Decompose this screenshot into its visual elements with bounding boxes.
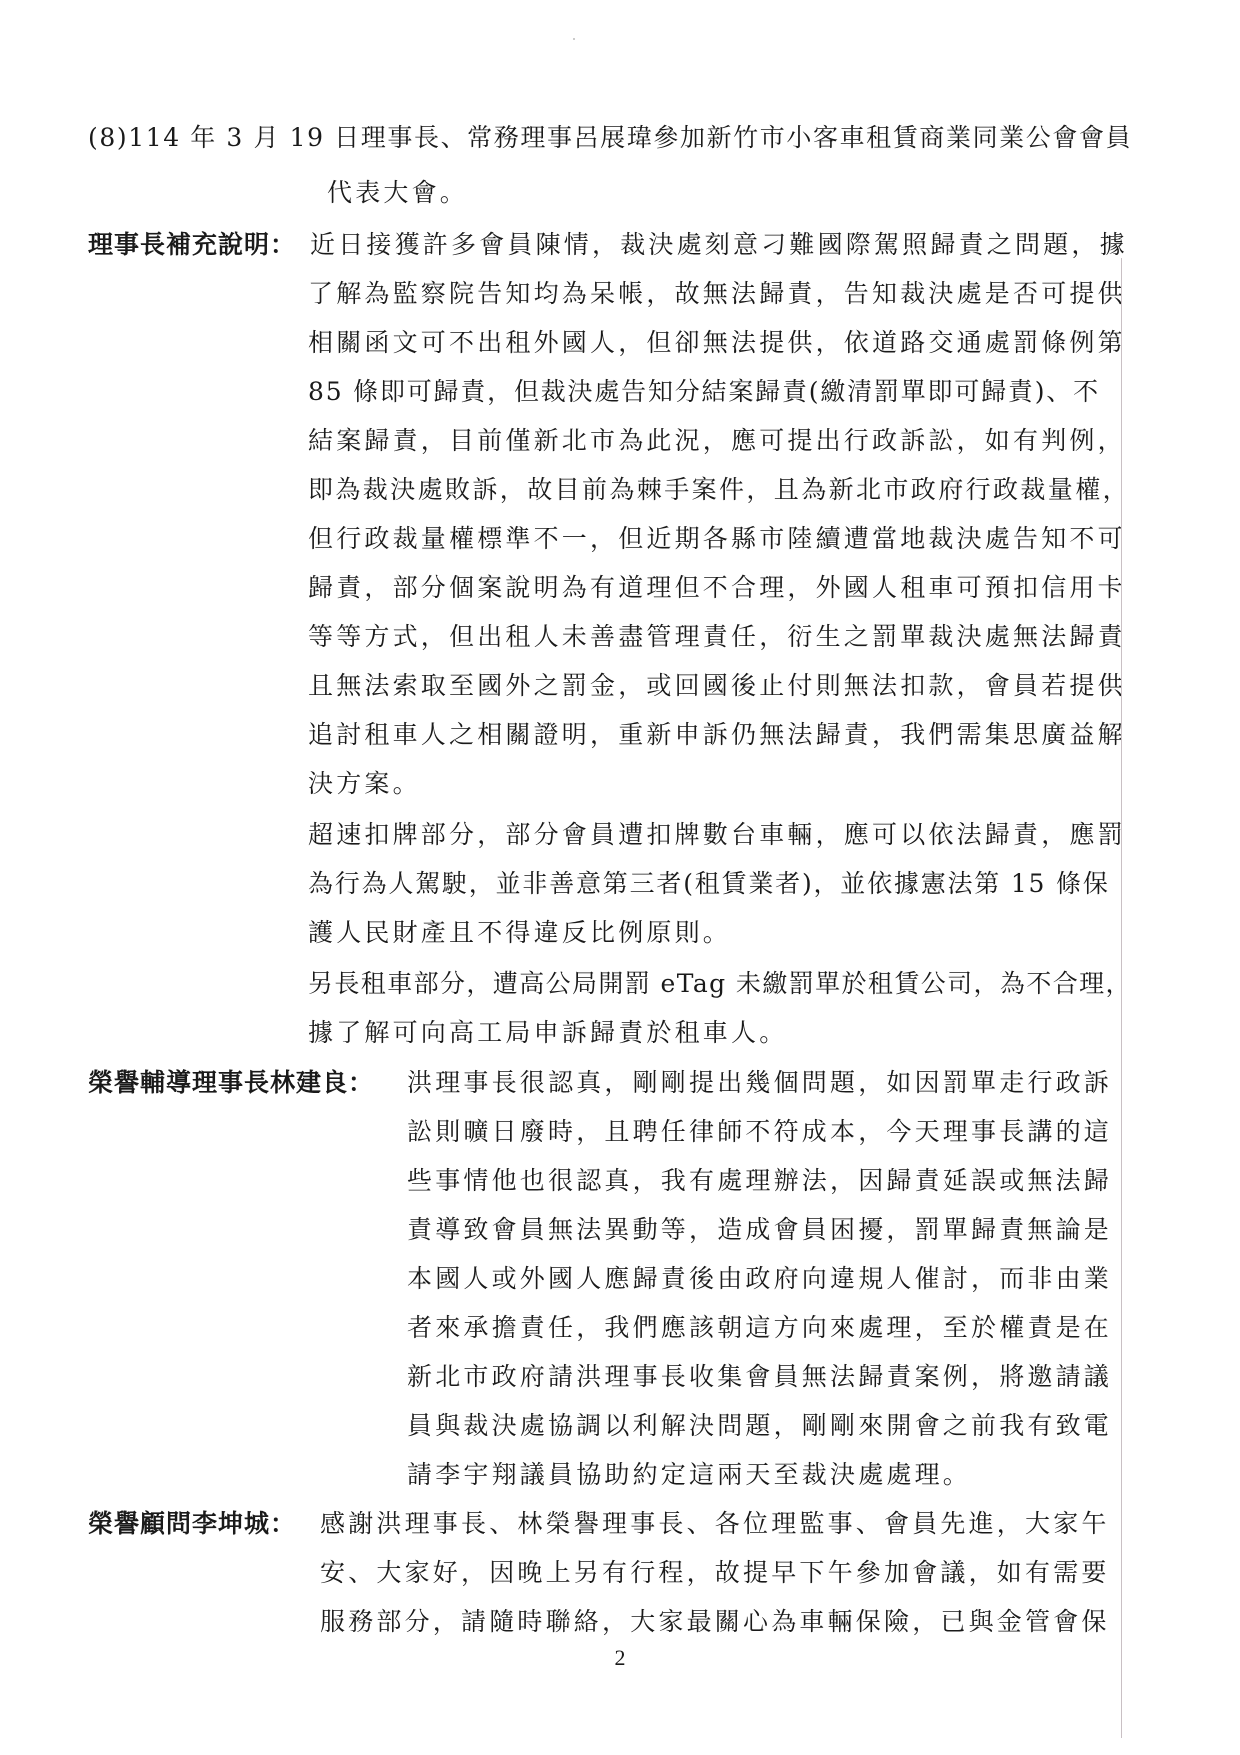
item-8-line-1: (8)114 年 3 月 19 日理事長、常務理事呂展瑋參加新竹市小客車租賃商業… bbox=[88, 123, 1132, 153]
paragraph-line: 結案歸責，目前僅新北市為此況，應可提出行政訴訟，如有判例， bbox=[308, 426, 1126, 456]
paragraph-line: 新北市政府請洪理事長收集會員無法歸責案例，將邀請議 bbox=[407, 1362, 1112, 1392]
paragraph-line: 等等方式，但出租人未善盡管理責任，衍生之罰單裁決處無法歸責 bbox=[308, 622, 1126, 652]
scan-speck bbox=[573, 38, 575, 40]
paragraph-line: 護人民財產且不得違反比例原則。 bbox=[308, 918, 731, 948]
paragraph-line: 洪理事長很認真，剛剛提出幾個問題，如因罰單走行政訴 bbox=[407, 1068, 1112, 1098]
paragraph-line: 歸責，部分個案說明為有道理但不合理，外國人租車可預扣信用卡 bbox=[308, 573, 1126, 603]
paragraph-line: 責導致會員無法異動等，造成會員困擾，罰單歸責無論是 bbox=[407, 1215, 1112, 1245]
paragraph-line: 訟則曠日廢時，且聘任律師不符成本，今天理事長講的這 bbox=[407, 1117, 1112, 1147]
paragraph-line: 85 條即可歸責，但裁決處告知分結案歸責(繳清罰單即可歸責)、不 bbox=[308, 377, 1100, 407]
speaker-label-honorary-chairman: 榮譽輔導理事長林建良： bbox=[88, 1068, 374, 1098]
paragraph-line: 據了解可向高工局申訴歸責於租車人。 bbox=[308, 1018, 787, 1048]
document-page: (8)114 年 3 月 19 日理事長、常務理事呂展瑋參加新竹市小客車租賃商業… bbox=[0, 0, 1240, 1755]
paragraph-line: 決方案。 bbox=[308, 769, 421, 799]
paragraph-line: 相關函文可不出租外國人，但卻無法提供，依道路交通處罰條例第 bbox=[308, 328, 1126, 358]
paragraph-line: 些事情他也很認真，我有處理辦法，因歸責延誤或無法歸 bbox=[407, 1166, 1112, 1196]
paragraph-line: 為行為人駕駛，並非善意第三者(租賃業者)，並依據憲法第 15 條保 bbox=[308, 869, 1110, 899]
paragraph-line: 了解為監察院告知均為呆帳，故無法歸責，告知裁決處是否可提供 bbox=[308, 279, 1126, 309]
paragraph-line: 感謝洪理事長、林榮譽理事長、各位理監事、會員先進，大家午 bbox=[320, 1509, 1110, 1539]
paragraph-line: 追討租車人之相關證明，重新申訴仍無法歸責，我們需集思廣益解 bbox=[308, 720, 1126, 750]
paragraph-line: 服務部分，請隨時聯絡，大家最關心為車輛保險，已與金管會保 bbox=[320, 1607, 1110, 1637]
paragraph-line: 另長租車部分，遭高公局開罰 eTag 未繳罰單於租賃公司，為不合理， bbox=[308, 969, 1132, 999]
paragraph-line: 者來承擔責任，我們應該朝這方向來處理，至於權責是在 bbox=[407, 1313, 1112, 1343]
speaker-label-chairman: 理事長補充說明： bbox=[88, 230, 296, 260]
paragraph-line: 超速扣牌部分，部分會員遭扣牌數台車輛，應可以依法歸責，應罰 bbox=[308, 820, 1126, 850]
scan-margin-line bbox=[1121, 258, 1122, 1738]
paragraph-line: 本國人或外國人應歸責後由政府向違規人催討，而非由業 bbox=[407, 1264, 1112, 1294]
paragraph-line: 但行政裁量權標準不一，但近期各縣市陸續遭當地裁決處告知不可 bbox=[308, 524, 1126, 554]
speaker-label-honorary-advisor: 榮譽顧問李坤城： bbox=[88, 1509, 296, 1539]
paragraph-line: 近日接獲許多會員陳情，裁決處刻意刁難國際駕照歸責之問題，據 bbox=[310, 230, 1128, 260]
paragraph-line: 且無法索取至國外之罰金，或回國後止付則無法扣款，會員若提供 bbox=[308, 671, 1126, 701]
item-8-line-2: 代表大會。 bbox=[327, 178, 468, 208]
paragraph-line: 請李宇翔議員協助約定這兩天至裁決處處理。 bbox=[407, 1460, 971, 1490]
paragraph-line: 即為裁決處敗訴，故目前為棘手案件，且為新北市政府行政裁量權， bbox=[308, 475, 1130, 505]
page-number: 2 bbox=[0, 1645, 1240, 1671]
paragraph-line: 安、大家好，因晚上另有行程，故提早下午參加會議，如有需要 bbox=[320, 1558, 1110, 1588]
paragraph-line: 員與裁決處協調以利解決問題，剛剛來開會之前我有致電 bbox=[407, 1411, 1112, 1441]
